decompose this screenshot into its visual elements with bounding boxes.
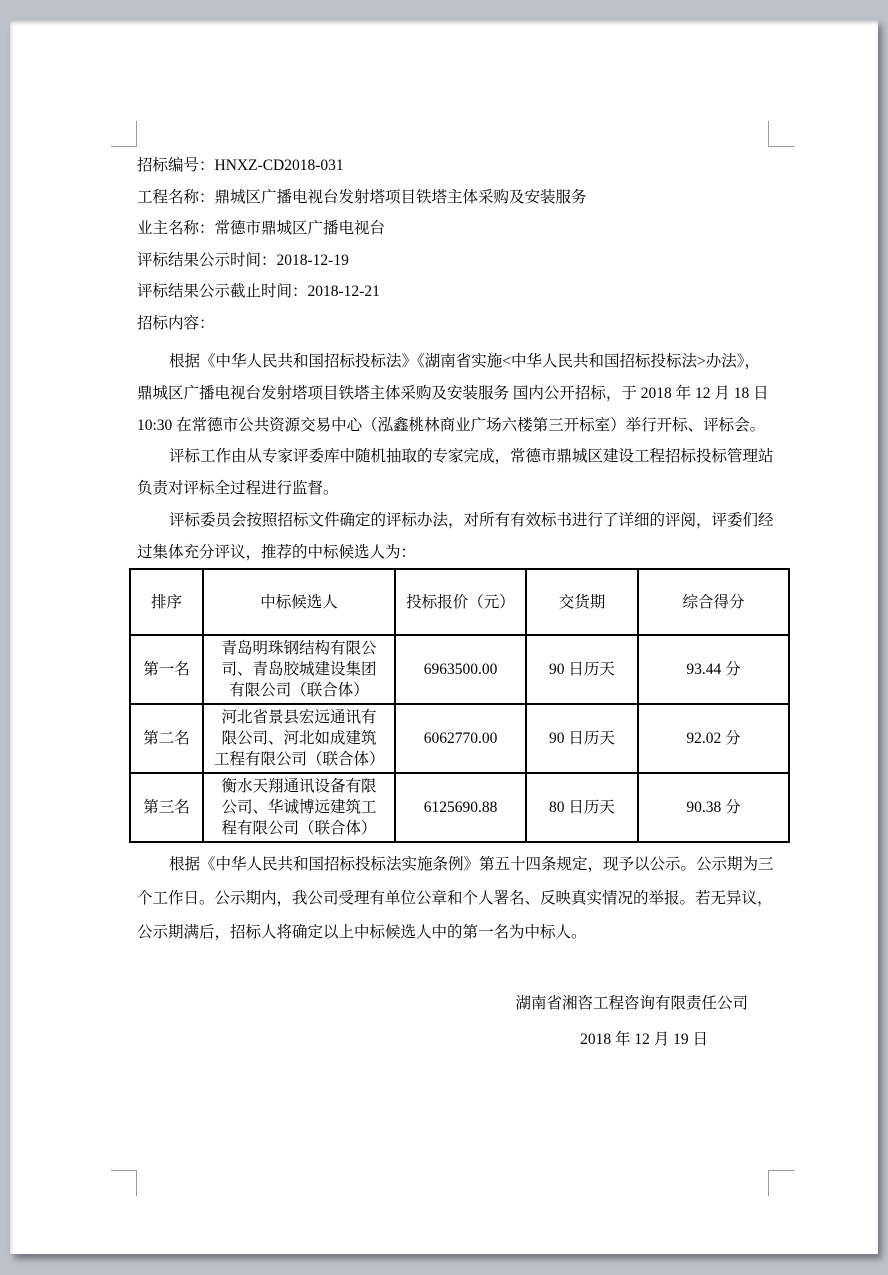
meta-line-publicity-end: 评标结果公示截止时间：2018-12-21 [137,276,770,308]
score-cell: 92.02 分 [638,704,789,773]
paragraph-4-line: 根据《中华人民共和国招标投标法实施条例》第五十四条规定，现予以公示。公示期为三 [137,848,770,882]
paragraph-1-line: 鼎城区广播电视台发射塔项目铁塔主体采购及安装服务 国内公开招标，于 2018 年… [137,378,770,410]
price-cell: 6963500.00 [395,635,526,704]
column-header-score: 综合得分 [638,569,789,635]
column-header-rank: 排序 [130,569,203,635]
table-row: 第三名 衡水天翔通讯设备有限公司、华诚博远建筑工程有限公司（联合体） 61256… [130,773,789,842]
price-cell: 6125690.88 [395,773,526,842]
score-cell: 93.44 分 [638,635,789,704]
paragraph-2-line: 负责对评标全过程进行监督。 [137,473,770,505]
paragraph-3-line: 评标委员会按照招标文件确定的评标办法，对所有有效标书进行了详细的评阅，评委们经 [137,505,770,537]
paragraph-1-line: 10:30 在常德市公共资源交易中心（泓鑫桃林商业广场六楼第三开标室）举行开标、… [137,410,770,442]
delivery-cell: 90 日历天 [526,704,638,773]
column-header-price: 投标报价（元） [395,569,526,635]
paragraph-2-line: 评标工作由从专家评委库中随机抽取的专家完成，常德市鼎城区建设工程招标投标管理站 [137,441,770,473]
paragraph-3-line: 过集体充分评议，推荐的中标候选人为： [137,537,770,569]
rank-cell: 第一名 [130,635,203,704]
document-viewer: 招标编号：HNXZ-CD2018-031 工程名称：鼎城区广播电视台发射塔项目铁… [0,0,888,1275]
meta-line-owner-name: 业主名称：常德市鼎城区广播电视台 [137,213,770,245]
rank-cell: 第三名 [130,773,203,842]
cropmark-bottom-right [768,1170,794,1196]
cropmark-top-left [111,121,137,147]
meta-line-publicity-start: 评标结果公示时间：2018-12-19 [137,245,770,277]
meta-line-tender-number: 招标编号：HNXZ-CD2018-031 [137,150,770,182]
delivery-cell: 80 日历天 [526,773,638,842]
meta-line-project-name: 工程名称：鼎城区广播电视台发射塔项目铁塔主体采购及安装服务 [137,182,770,214]
document-page: 招标编号：HNXZ-CD2018-031 工程名称：鼎城区广播电视台发射塔项目铁… [10,20,878,1254]
meta-block: 招标编号：HNXZ-CD2018-031 工程名称：鼎城区广播电视台发射塔项目铁… [137,150,770,339]
candidate-cell: 河北省景县宏远通讯有限公司、河北如成建筑工程有限公司（联合体） [203,704,395,773]
cropmark-bottom-left [111,1170,137,1196]
candidate-cell: 青岛明珠钢结构有限公司、青岛胶城建设集团有限公司（联合体） [203,635,395,704]
paragraph-4-line: 公示期满后，招标人将确定以上中标候选人中的第一名为中标人。 [137,916,770,950]
table-row: 第二名 河北省景县宏远通讯有限公司、河北如成建筑工程有限公司（联合体） 6062… [130,704,789,773]
table-header-row: 排序 中标候选人 投标报价（元） 交货期 综合得分 [130,569,789,635]
table-row: 第一名 青岛明珠钢结构有限公司、青岛胶城建设集团有限公司（联合体） 696350… [130,635,789,704]
body-paragraphs: 根据《中华人民共和国招标投标法》《湖南省实施<中华人民共和国招标投标法>办法》，… [137,346,770,569]
paragraph-1-line: 根据《中华人民共和国招标投标法》《湖南省实施<中华人民共和国招标投标法>办法》， [137,346,770,378]
column-header-delivery: 交货期 [526,569,638,635]
cropmark-top-right [768,121,794,147]
column-header-candidate: 中标候选人 [203,569,395,635]
price-cell: 6062770.00 [395,704,526,773]
meta-line-content-label: 招标内容： [137,308,770,340]
closing-paragraph: 根据《中华人民共和国招标投标法实施条例》第五十四条规定，现予以公示。公示期为三 … [137,848,770,950]
signature-company: 湖南省湘咨工程咨询有限责任公司 [515,992,748,1016]
paragraph-4-line: 个工作日。公示期内，我公司受理有单位公章和个人署名、反映真实情况的举报。若无异议… [137,882,770,916]
candidate-cell: 衡水天翔通讯设备有限公司、华诚博远建筑工程有限公司（联合体） [203,773,395,842]
bid-candidates-table: 排序 中标候选人 投标报价（元） 交货期 综合得分 第一名 青岛明珠钢结构有限公… [129,568,790,843]
signature-date: 2018 年 12 月 19 日 [580,1028,708,1052]
rank-cell: 第二名 [130,704,203,773]
score-cell: 90.38 分 [638,773,789,842]
delivery-cell: 90 日历天 [526,635,638,704]
